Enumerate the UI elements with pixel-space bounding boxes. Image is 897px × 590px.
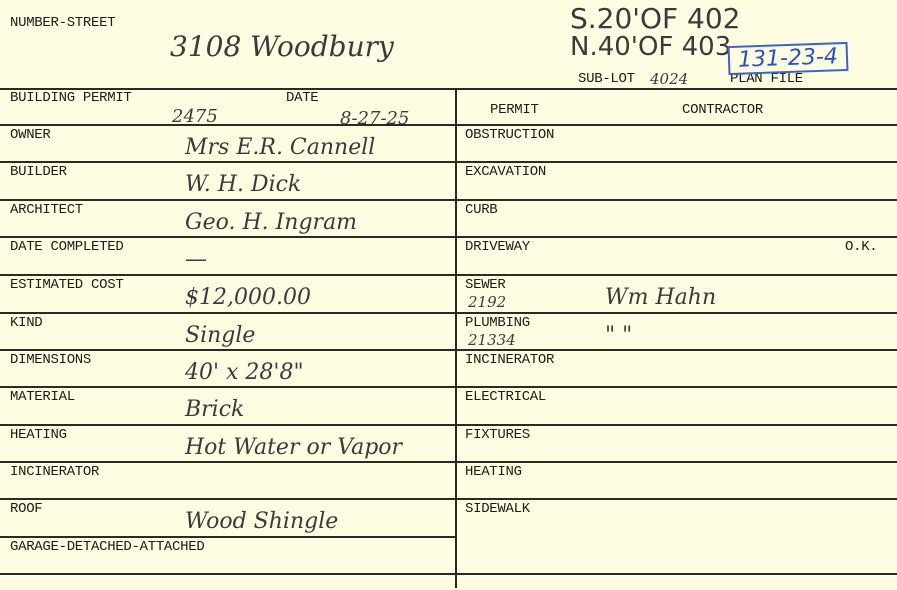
sub-lot-value: 4024: [650, 70, 688, 88]
field-label: KIND: [10, 315, 42, 331]
permit-header: PERMIT: [490, 102, 539, 118]
permit-label: FIXTURES: [465, 427, 530, 443]
field-value: 40' x 28'8": [185, 360, 304, 385]
plan-file-stamp: 131-23-4: [728, 42, 849, 75]
divider: [455, 236, 897, 238]
field-label: ROOF: [10, 501, 42, 517]
lot-line-2: N.40'OF 403: [570, 32, 731, 62]
field-value: Mrs E.R. Cannell: [185, 135, 375, 160]
field-label: INCINERATOR: [10, 464, 99, 480]
permit-label: OBSTRUCTION: [465, 127, 554, 143]
permit-note: O.K.: [845, 239, 877, 255]
divider: [0, 349, 455, 351]
divider: [0, 274, 455, 276]
field-value: Single: [185, 323, 255, 348]
building-permit-card: NUMBER-STREET 3108 Woodbury S.20'OF 402 …: [0, 0, 897, 590]
contractor-value: Wm Hahn: [605, 285, 716, 310]
field-label: HEATING: [10, 427, 67, 443]
divider: [455, 199, 897, 201]
lot-line-1: S.20'OF 402: [570, 2, 741, 35]
field-value: —: [185, 247, 207, 272]
field-label: ESTIMATED COST: [10, 277, 123, 293]
contractor-header: CONTRACTOR: [682, 102, 763, 118]
field-value: Brick: [185, 397, 244, 422]
column-divider: [455, 88, 457, 588]
sub-lot-label: SUB-LOT: [578, 71, 635, 87]
divider: [455, 386, 897, 388]
field-label: DIMENSIONS: [10, 352, 91, 368]
divider: [455, 349, 897, 351]
field-label: BUILDING PERMIT: [10, 90, 132, 106]
field-label: GARAGE-DETACHED-ATTACHED: [10, 539, 204, 555]
divider: [455, 274, 897, 276]
divider: [455, 124, 897, 126]
field-value: Hot Water or Vapor: [185, 435, 402, 460]
field-label: ARCHITECT: [10, 202, 83, 218]
divider: [0, 88, 897, 90]
permit-label: PLUMBING: [465, 315, 530, 331]
permit-number: 21334: [468, 331, 516, 349]
divider: [0, 386, 455, 388]
divider: [455, 424, 897, 426]
field-value: $12,000.00: [185, 285, 311, 310]
divider: [455, 161, 897, 163]
contractor-value: " ": [605, 323, 632, 348]
divider: [0, 573, 897, 575]
field-value: W. H. Dick: [185, 172, 301, 197]
divider: [0, 161, 455, 163]
permit-label: DRIVEWAY: [465, 239, 530, 255]
field-label: MATERIAL: [10, 389, 75, 405]
divider: [0, 199, 455, 201]
divider: [455, 498, 897, 500]
field-label: OWNER: [10, 127, 51, 143]
permit-label: ELECTRICAL: [465, 389, 546, 405]
field-value: Wood Shingle: [185, 509, 338, 534]
permit-label: SIDEWALK: [465, 501, 530, 517]
field-label: BUILDER: [10, 164, 67, 180]
permit-label: EXCAVATION: [465, 164, 546, 180]
permit-label: SEWER: [465, 277, 506, 293]
permit-label: CURB: [465, 202, 497, 218]
divider: [455, 312, 897, 314]
permit-label: HEATING: [465, 464, 522, 480]
date-label: DATE: [286, 90, 318, 106]
divider: [0, 124, 455, 126]
divider: [0, 424, 455, 426]
field-label: DATE COMPLETED: [10, 239, 123, 255]
divider: [0, 312, 455, 314]
permit-number: 2192: [468, 293, 506, 311]
divider: [0, 461, 455, 463]
address-value: 3108 Woodbury: [170, 30, 394, 63]
number-street-label: NUMBER-STREET: [10, 15, 115, 31]
permit-label: INCINERATOR: [465, 352, 554, 368]
divider: [0, 498, 455, 500]
divider: [0, 536, 455, 538]
divider: [455, 461, 897, 463]
divider: [0, 236, 455, 238]
field-value: Geo. H. Ingram: [185, 210, 357, 235]
